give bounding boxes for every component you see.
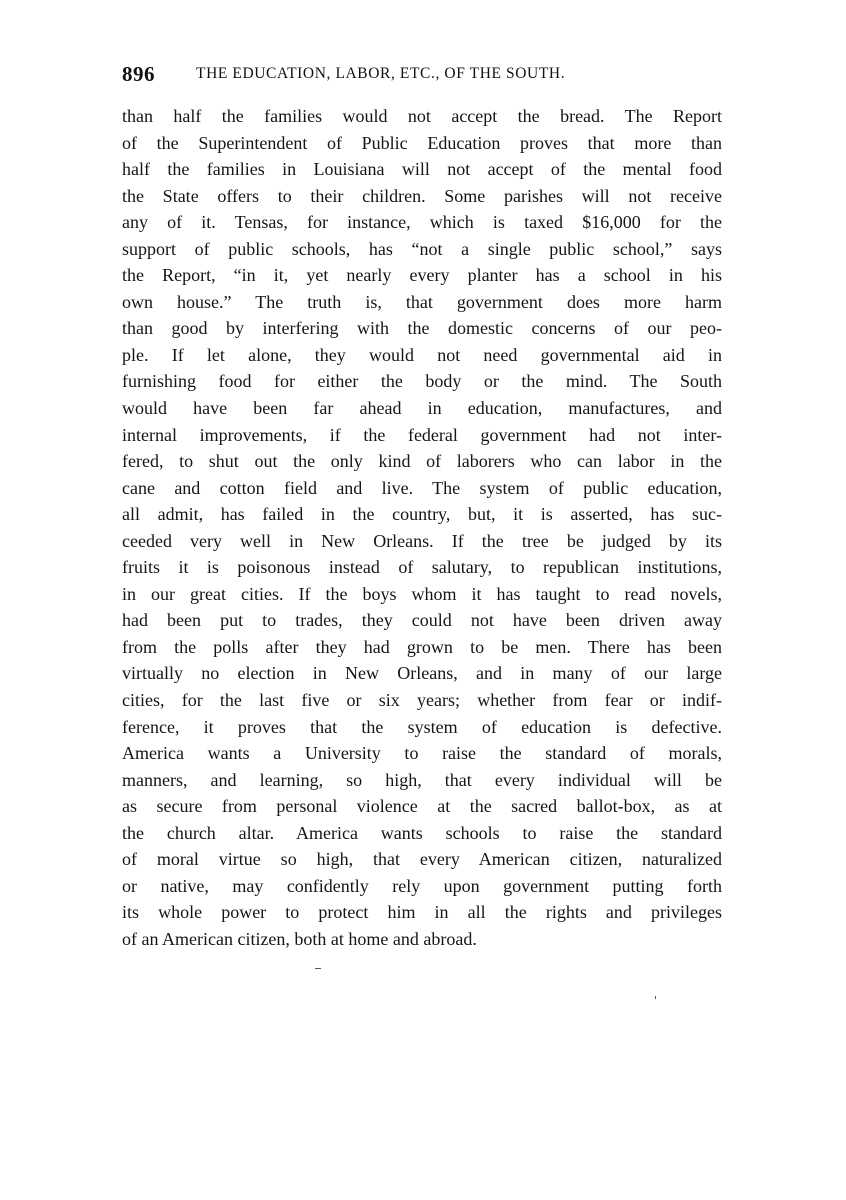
text-line: any of it. Tensas, for instance, which i… — [122, 209, 722, 236]
text-line: would have been far ahead in education, … — [122, 395, 722, 422]
text-line: than good by interfering with the domest… — [122, 315, 722, 342]
text-line: ple. If let alone, they would not need g… — [122, 342, 722, 369]
text-line-last: of an American citizen, both at home and… — [122, 926, 722, 953]
page-header: 896 THE EDUCATION, LABOR, ETC., OF THE S… — [122, 62, 722, 88]
text-line: had been put to trades, they could not h… — [122, 607, 722, 634]
text-line: fered, to shut out the only kind of labo… — [122, 448, 722, 475]
text-line: cities, for the last five or six years; … — [122, 687, 722, 714]
text-line: as secure from personal violence at the … — [122, 793, 722, 820]
text-line: fruits it is poisonous instead of saluta… — [122, 554, 722, 581]
text-line: the State offers to their children. Some… — [122, 183, 722, 210]
text-line: all admit, has failed in the country, bu… — [122, 501, 722, 528]
text-line: virtually no election in New Orleans, an… — [122, 660, 722, 687]
running-title: THE EDUCATION, LABOR, ETC., OF THE SOUTH… — [196, 65, 565, 83]
text-line: its whole power to protect him in all th… — [122, 899, 722, 926]
text-line: of moral virtue so high, that every Amer… — [122, 846, 722, 873]
page-number: 896 — [122, 62, 155, 87]
text-line: internal improvements, if the federal go… — [122, 422, 722, 449]
text-line: from the polls after they had grown to b… — [122, 634, 722, 661]
text-line: furnishing food for either the body or t… — [122, 368, 722, 395]
scan-speck — [315, 968, 321, 969]
text-line: or native, may confidently rely upon gov… — [122, 873, 722, 900]
text-line: own house.” The truth is, that governmen… — [122, 289, 722, 316]
text-line: the Report, “in it, yet nearly every pla… — [122, 262, 722, 289]
text-line: manners, and learning, so high, that eve… — [122, 767, 722, 794]
text-line: ference, it proves that the system of ed… — [122, 714, 722, 741]
text-line: in our great cities. If the boys whom it… — [122, 581, 722, 608]
text-line: cane and cotton field and live. The syst… — [122, 475, 722, 502]
text-line: the church altar. America wants schools … — [122, 820, 722, 847]
scan-speck — [655, 996, 656, 999]
body-paragraph: than half the families would not accept … — [122, 103, 722, 953]
text-line: ceeded very well in New Orleans. If the … — [122, 528, 722, 555]
text-line: than half the families would not accept … — [122, 103, 722, 130]
text-line: half the families in Louisiana will not … — [122, 156, 722, 183]
book-page: 896 THE EDUCATION, LABOR, ETC., OF THE S… — [0, 0, 846, 1200]
text-line: support of public schools, has “not a si… — [122, 236, 722, 263]
text-line: of the Superintendent of Public Educatio… — [122, 130, 722, 157]
text-line: America wants a University to raise the … — [122, 740, 722, 767]
